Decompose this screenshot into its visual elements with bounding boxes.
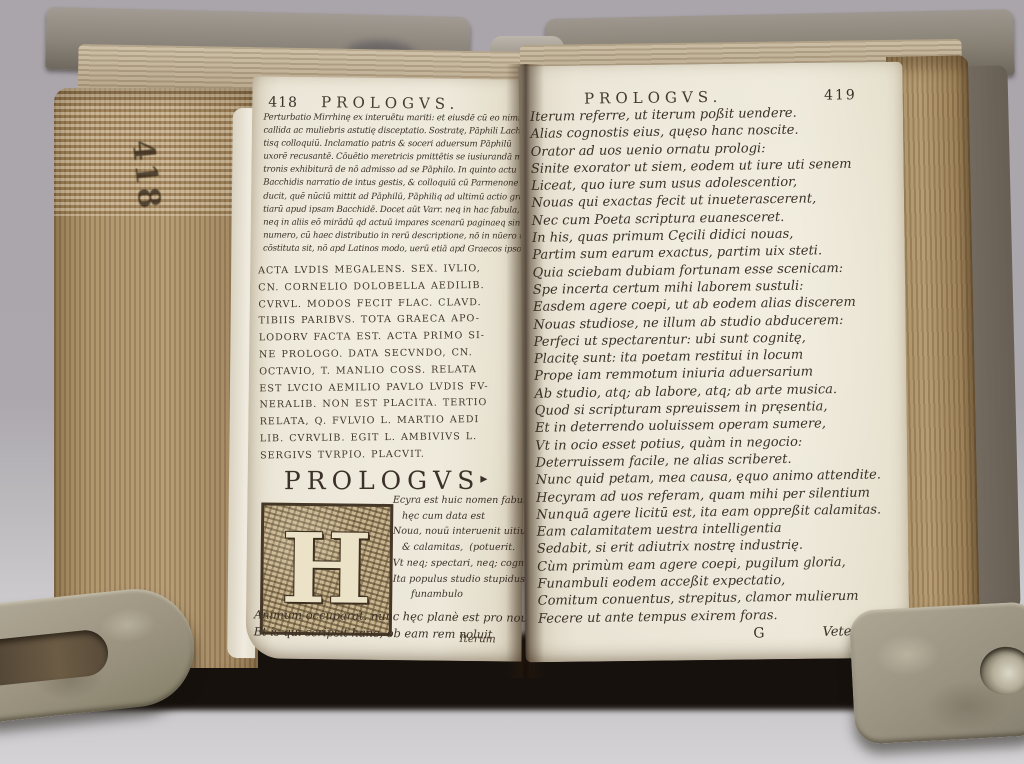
didascalia-line: SERGIVS TVRPIO. PLACVIT. [260,445,522,465]
argument-line: tiarū apud ipsam Bacchidē. Docet aūt Var… [263,203,521,217]
argument-line: Bacchidis narratio de intus gestis, & co… [263,177,521,191]
verse-line: funambulo [393,587,523,603]
gutter-shadow [506,64,544,678]
argument-paragraph: Perturbatio Mirrhinę ex interuētu mariti… [263,112,522,257]
verse-line: Ecyra est huic nomen fabulę: [393,493,523,509]
drop-cap-letter: H [281,521,373,618]
argument-line: uxorē recusantē. Cōuētio meretricis pmit… [263,151,521,165]
verse-line: Vt neq; spectari, neq; cognosci [393,556,523,572]
catchword-left: Iterum [459,633,495,645]
gathering-signature: G [753,625,764,641]
clamp-hole [979,646,1024,697]
running-title-left: PROLOGVS. [252,92,528,113]
verse-line: Noua, nouū interuenit uitium [393,524,523,540]
verse-line: Ita populus studio stupidus, in [393,571,523,587]
didascalia-block: ACTA LVDIS MEGALENS. SEX. IVLIO,CN. CORN… [258,261,522,465]
clamp-slot [0,628,110,687]
argument-line: Perturbatio Mirrhinę ex interuētu mariti… [263,112,521,126]
argument-line: callida ac muliebris astutię disceptatio… [263,125,521,139]
page-left: 418 PROLOGVS. Perturbatio Mirrhinę ex in… [245,76,528,661]
argument-line: ducit, quē nūciū mittit ad Pāphilū, Pāph… [263,190,521,204]
fore-edge-ink-mark: 418 [125,138,167,213]
heading-ornament-icon: ▸ [480,471,487,487]
photo-backdrop: 418 418 PROLOGVS. Perturbatio Mirrhinę e… [0,0,1024,764]
prologue-verse-block: Iterum referre, ut iterum poßit uendere.… [530,103,900,628]
argument-line: tisq colloquiū. Inclamatio patris & soce… [263,138,521,152]
verse-beside-dropcap: Ecyra est huic nomen fabulę: hęc cum dat… [393,493,523,603]
argument-line: tronis exhibiturā de nō admisso ad se Pā… [263,164,521,178]
didascalia-line: NERALIB. NON EST PLACITA. TERTIO [259,395,521,415]
brass-clamp-right [849,601,1024,745]
page-right: PROLOGVS. 419 Iterum referre, ut iterum … [518,62,909,663]
argument-line: cōstituta sit, nō apd Latinos modo, uerū… [263,243,521,257]
argument-line: numero, cū haec distributio in rerū desc… [263,229,521,243]
didascalia-line: LODORV FACTA EST. ACTA PRIMO SI- [259,328,521,348]
page-number-right: 419 [824,87,857,103]
argument-line: neq in aliis eō mirādū qd actuū impares … [263,216,521,230]
verse-line: hęc cum data est [393,508,523,524]
didascalia-line: CVRVL. MODOS FECIT FLAC. CLAVD. [258,294,520,314]
prologue-heading: PROLOGVS▸ [248,466,524,495]
verse-line: & calamitas, (potuerit. [393,540,523,556]
prologue-heading-text: PROLOGVS [284,466,480,495]
